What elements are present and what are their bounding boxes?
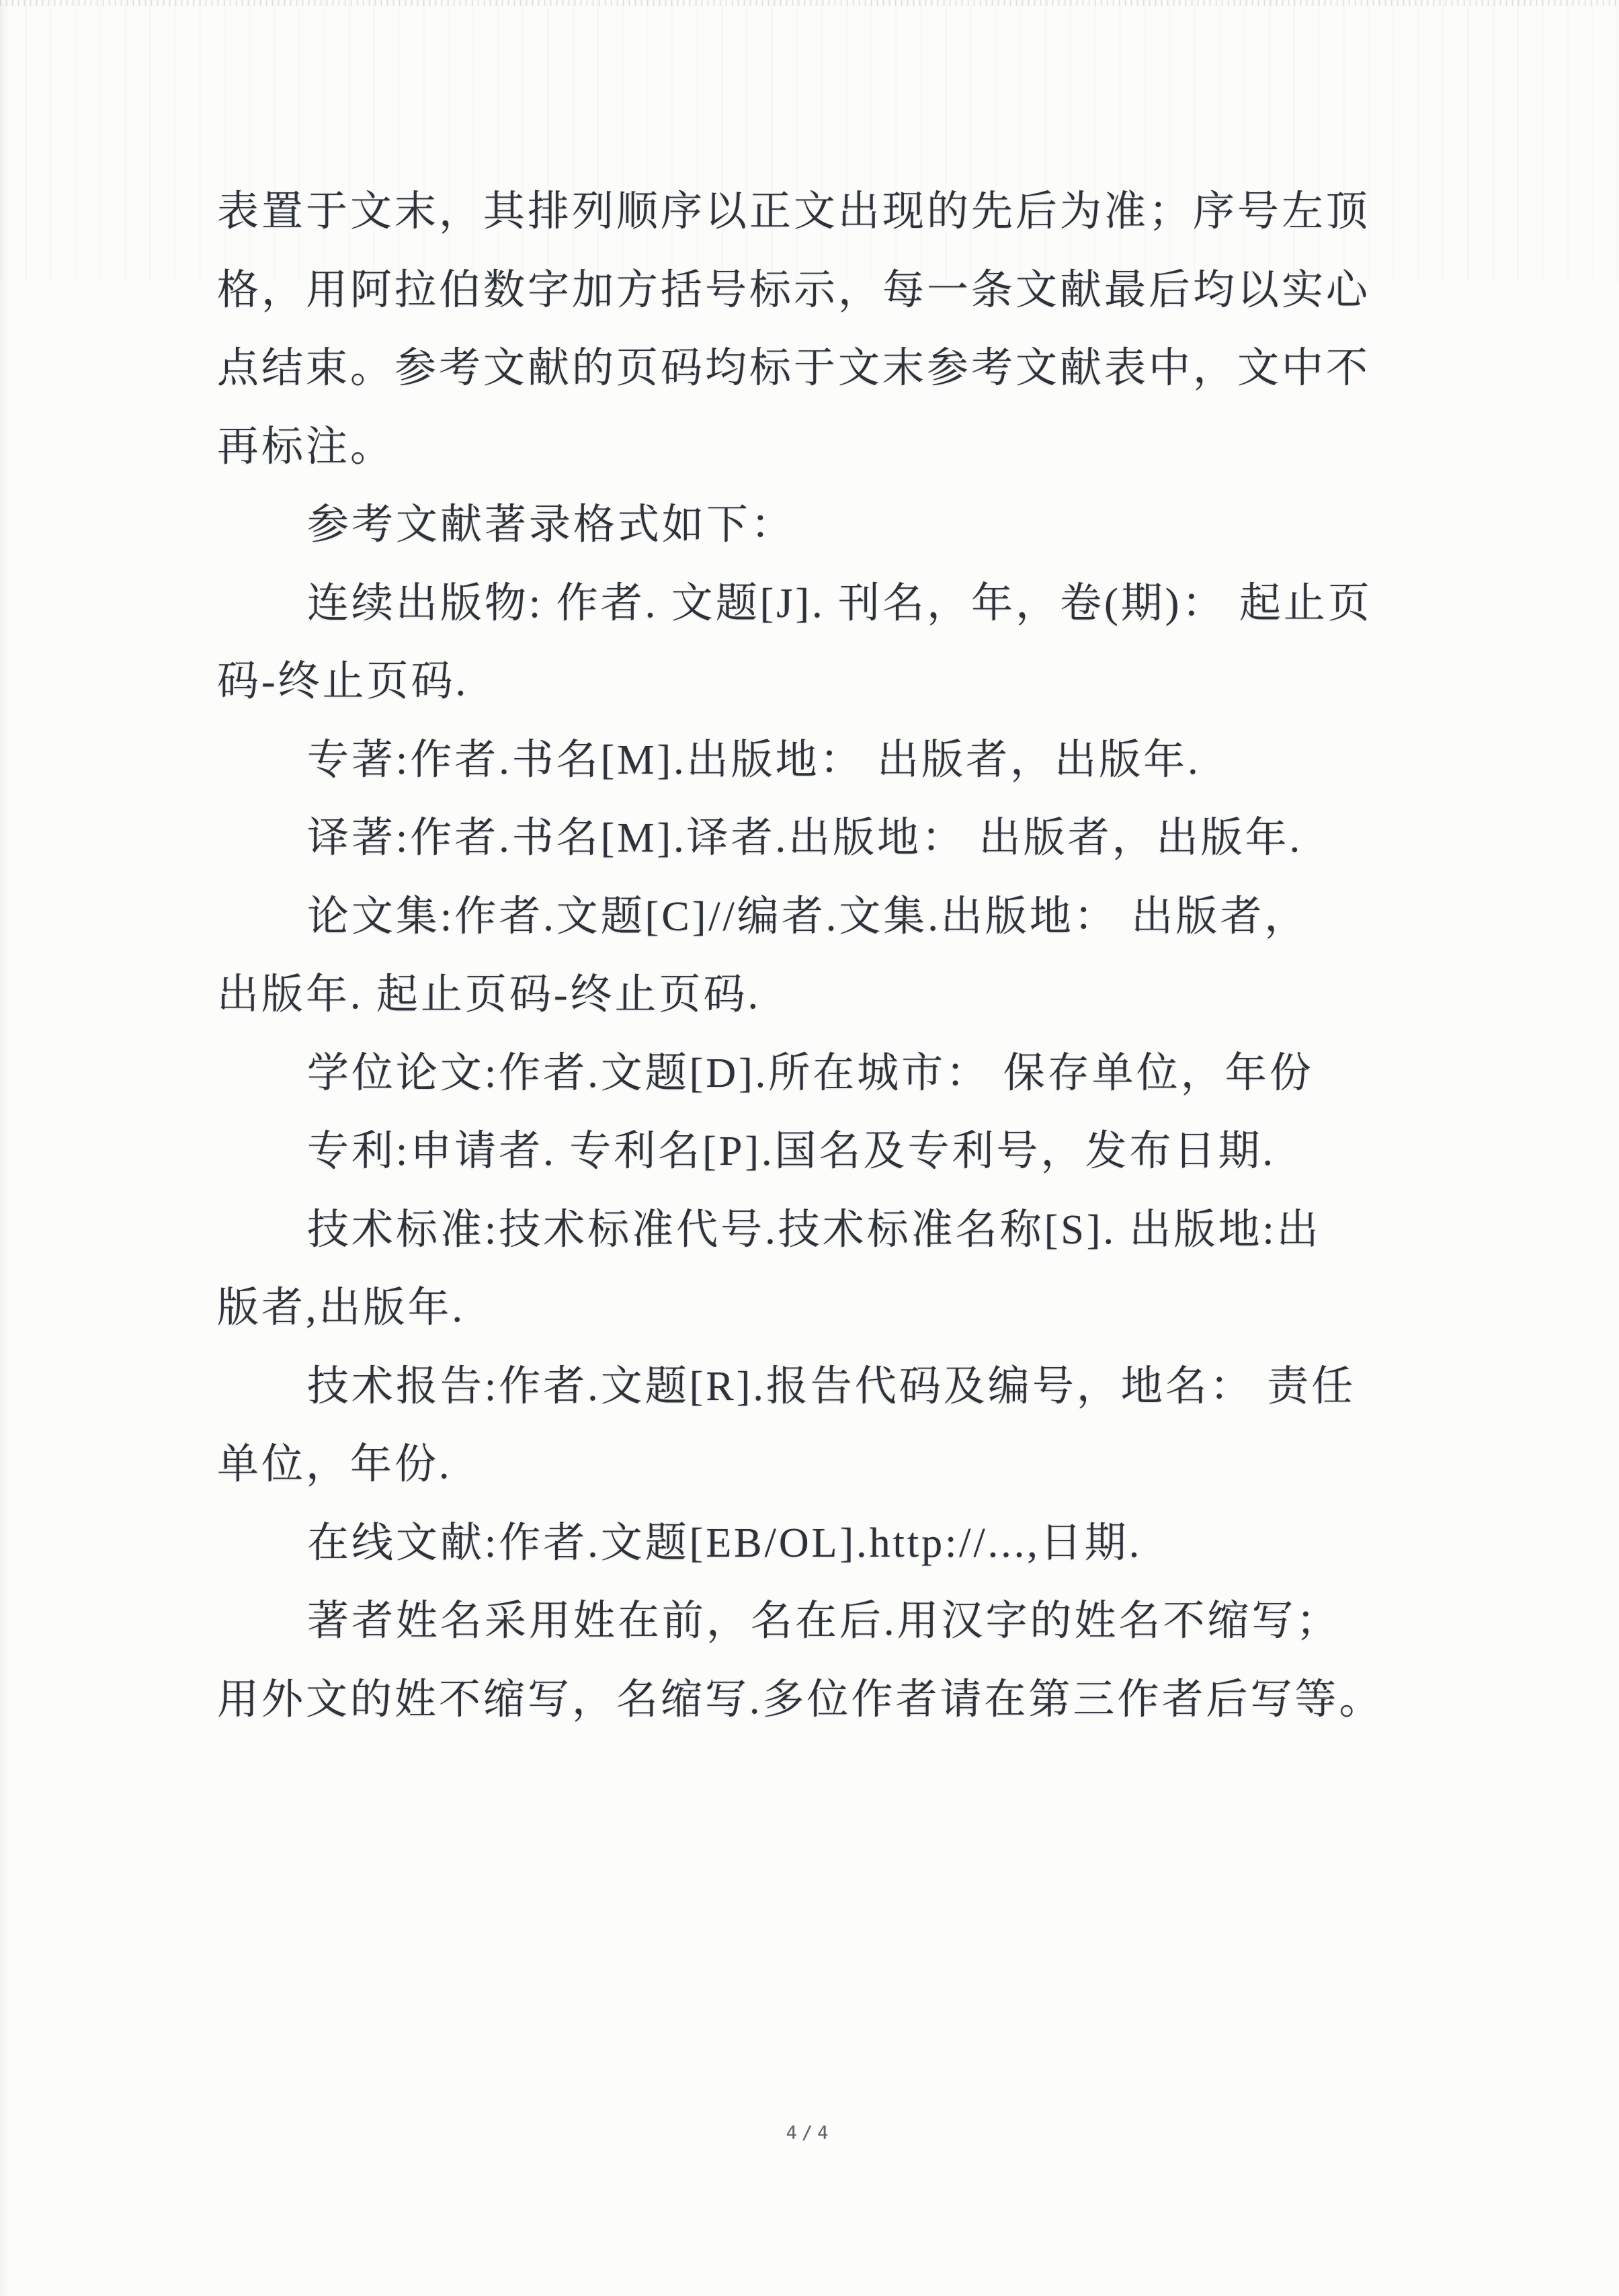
page-footer: 4/4 [0,2123,1619,2143]
text-line-2: 格，用阿拉伯数字加方括号标示，每一条文献最后均以实心 [217,251,1376,330]
text-line-4: 再标注。 [217,408,1376,487]
scan-artifact-top [0,0,1619,6]
text-line-9: 译著:作者.书名[M].译者.出版地： 出版者，出版年. [217,799,1376,878]
text-line-20: 用外文的姓不缩写，名缩写.多位作者请在第三作者后写等。 [217,1661,1376,1739]
text-line-8: 专著:作者.书名[M].出版地： 出版者，出版年. [217,721,1376,800]
document-page: 表置于文末，其排列顺序以正文出现的先后为准；序号左顶 格，用阿拉伯数字加方括号标… [0,0,1619,2296]
page-number: 4/4 [786,2123,833,2143]
text-line-11: 出版年. 起止页码-终止页码. [217,956,1376,1034]
text-line-5: 参考文献著录格式如下： [217,486,1376,565]
text-line-13: 专利:申请者. 专利名[P].国名及专利号，发布日期. [217,1112,1376,1191]
text-line-19: 著者姓名采用姓在前，名在后.用汉字的姓名不缩写； [217,1582,1376,1661]
text-line-7: 码-终止页码. [217,643,1376,721]
text-line-14: 技术标准:技术标准代号.技术标准名称[S]. 出版地:出 [217,1191,1376,1270]
text-line-15: 版者,出版年. [217,1269,1376,1348]
text-line-16: 技术报告:作者.文题[R].报告代码及编号，地名： 责任 [217,1348,1376,1426]
text-line-17: 单位，年份. [217,1426,1376,1504]
document-body: 表置于文末，其排列顺序以正文出现的先后为准；序号左顶 格，用阿拉伯数字加方括号标… [217,173,1376,1739]
text-line-6: 连续出版物: 作者. 文题[J]. 刊名，年，卷(期)： 起止页 [217,565,1376,643]
text-line-10: 论文集:作者.文题[C]//编者.文集.出版地： 出版者， [217,878,1376,956]
text-line-18: 在线文献:作者.文题[EB/OL].http://...,日期. [217,1504,1376,1583]
scan-artifact-left [0,0,9,2296]
text-line-12: 学位论文:作者.文题[D].所在城市： 保存单位，年份 [217,1034,1376,1113]
text-line-3: 点结束。参考文献的页码均标于文末参考文献表中，文中不 [217,329,1376,408]
text-line-1: 表置于文末，其排列顺序以正文出现的先后为准；序号左顶 [217,173,1376,251]
